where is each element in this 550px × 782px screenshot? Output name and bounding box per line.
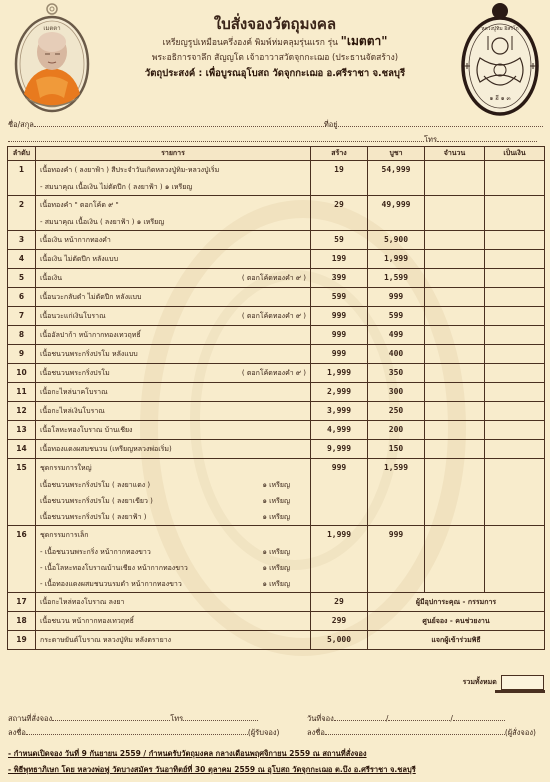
- svg-text:หลวงปู่ทิม อิสริโก: หลวงปู่ทิม อิสริโก: [481, 25, 518, 32]
- monk-portrait-medal-icon: เมตตา: [10, 2, 94, 114]
- row-number: 8: [8, 326, 36, 345]
- distribution-note: ผู้มีอุปการะคุณ - กรรมการ: [368, 593, 545, 612]
- item-name: เนื้อกะไหล่นาคโบราณ: [40, 383, 108, 401]
- grand-total: รวมทั้งหมด: [448, 675, 544, 689]
- made-count: 999: [311, 307, 368, 326]
- name-field[interactable]: ชื่อ/สกุลที่อยู่: [8, 118, 543, 131]
- quantity-input[interactable]: [425, 402, 485, 421]
- item-name: เนื้อชนวนพระกริ่งปรโม หลังแบบ: [40, 345, 138, 363]
- quantity-input[interactable]: [425, 383, 485, 402]
- total-underline: [495, 690, 545, 693]
- table-row: 3เนื้อเงิน หน้ากากทองคำ595,900: [8, 231, 545, 250]
- amount-input[interactable]: [485, 345, 545, 364]
- amount-input[interactable]: [485, 526, 545, 593]
- item-description: เนื้อเงิน( ตอกโค้ดทองคำ ๙ ): [36, 269, 311, 288]
- price: 499: [368, 326, 425, 345]
- item-name: ชุดกรรมการเล็ก: [40, 526, 89, 544]
- price: 1,599: [368, 269, 425, 288]
- svg-text:๑ ฮี ๑ ๓: ๑ ฮี ๑ ๓: [489, 94, 510, 102]
- table-row: 2เนื้อทองคำ " ตอกโค้ด ๙ "- สมนาคุณ เนื้อ…: [8, 196, 545, 231]
- order-date-field[interactable]: วันที่จอง//: [307, 712, 505, 725]
- quantity-input[interactable]: [425, 459, 485, 526]
- table-header-row: ลำดับรายการสร้างบูชาจำนวนเป็นเงิน: [8, 147, 545, 161]
- column-header: ลำดับ: [8, 147, 36, 161]
- quantity-input[interactable]: [425, 421, 485, 440]
- item-description: เนื้อโลหะทองโบราณ บ้านเชียง: [36, 421, 311, 440]
- item-name: เนื้อนวะแก่เงินโบราณ: [40, 307, 106, 325]
- amount-input[interactable]: [485, 421, 545, 440]
- total-label: รวมทั้งหมด: [448, 677, 501, 688]
- row-number: 9: [8, 345, 36, 364]
- monk-line: พระอธิการจาลึก สัญญโต เจ้าอาวาสวัดจุกกะเ…: [100, 51, 450, 66]
- row-number: 16: [8, 526, 36, 593]
- item-subline: เนื้อชนวนพระกริ่งปรโม ( ลงยาฟ้า )๑ เหรีย…: [40, 509, 290, 525]
- receiver-signature-field[interactable]: ลงชื่อ(ผู้รับจอง): [8, 726, 279, 739]
- row-number: 3: [8, 231, 36, 250]
- total-input[interactable]: [501, 675, 544, 690]
- row-number: 7: [8, 307, 36, 326]
- distribution-note: ศูนย์จอง - คนช่วยงาน: [368, 612, 545, 631]
- amount-input[interactable]: [485, 364, 545, 383]
- made-count: 1,999: [311, 526, 368, 593]
- quantity-input[interactable]: [425, 307, 485, 326]
- quantity-input[interactable]: [425, 161, 485, 196]
- table-row: 16ชุดกรรมการเล็ก- เนื้อชนวนพระกริ่ง หน้า…: [8, 526, 545, 593]
- row-number: 1: [8, 161, 36, 196]
- made-count: 599: [311, 288, 368, 307]
- subline-qty: ๑ เหรียญ: [262, 544, 290, 560]
- column-header: บูชา: [368, 147, 425, 161]
- item-subline: เนื้อชนวนพระกริ่งปรโม ( ลงยาเขียว )๑ เหร…: [40, 493, 290, 509]
- made-count: 199: [311, 250, 368, 269]
- subline-qty: ๑ เหรียญ: [262, 576, 290, 592]
- item-description: เนื้อทองคำ ( ลงยาฟ้า ) สีประจำวันเกิดหลว…: [36, 161, 311, 196]
- row-number: 2: [8, 196, 36, 231]
- table-row: 19กระดาษยันต์โบราณ หลวงปู่ทิม หลังตรายาง…: [8, 631, 545, 650]
- item-name: เนื้อกะไหล่ทองโบราณ ลงยา: [40, 593, 124, 611]
- purpose-line: วัตถุประสงค์ : เพื่อบูรณอุโบสถ วัดจุกกะเ…: [100, 66, 450, 82]
- row-number: 19: [8, 631, 36, 650]
- table-row: 15ชุดกรรมการใหญ่เนื้อชนวนพระกริ่งปรโม ( …: [8, 459, 545, 526]
- subline-text: - เนื้อโลหะทองโบราณบ้านเชียง หน้ากากทองข…: [40, 560, 188, 576]
- item-description: เนื้ออัลปาก้า หน้ากากทองเทวฤทธิ์: [36, 326, 311, 345]
- quantity-input[interactable]: [425, 269, 485, 288]
- price: 200: [368, 421, 425, 440]
- item-description: เนื้อทองคำ " ตอกโค้ด ๙ "- สมนาคุณ เนื้อเ…: [36, 196, 311, 231]
- item-description: เนื้อชนวนพระกริ่งปรโม( ตอกโค้ดทองคำ ๙ ): [36, 364, 311, 383]
- item-name: เนื้อทองคำ " ตอกโค้ด ๙ ": [40, 196, 119, 214]
- price: 999: [368, 526, 425, 593]
- table-row: 7เนื้อนวะแก่เงินโบราณ( ตอกโค้ดทองคำ ๙ )9…: [8, 307, 545, 326]
- form-header: ใบสั่งจองวัตถุมงคล เหรียญรูปเหมือนครึ่งอ…: [100, 14, 450, 82]
- row-number: 17: [8, 593, 36, 612]
- column-header: รายการ: [36, 147, 311, 161]
- price: 150: [368, 440, 425, 459]
- quantity-input[interactable]: [425, 364, 485, 383]
- table-row: 12เนื้อกะไหล่เงินโบราณ3,999250: [8, 402, 545, 421]
- svg-text:เมตตา: เมตตา: [43, 25, 60, 32]
- order-form-page: เมตตา หลวงปู่ทิม อิสริโก ๑ ฮี ๑ ๓ ใบสั่ง…: [0, 0, 550, 782]
- item-code-note: ( ตอกโค้ดทองคำ ๙ ): [242, 269, 306, 287]
- quantity-input[interactable]: [425, 326, 485, 345]
- item-description: เนื้อชนวนพระกริ่งปรโม หลังแบบ: [36, 345, 311, 364]
- made-count: 2,999: [311, 383, 368, 402]
- orderer-signature-field[interactable]: ลงชื่อ(ผู้สั่งจอง): [307, 726, 536, 739]
- item-subline: - สมนาคุณ เนื้อเงิน ไม่ตัดปีก ( ลงยาฟ้า …: [40, 179, 306, 195]
- price: 350: [368, 364, 425, 383]
- amount-input[interactable]: [485, 307, 545, 326]
- made-count: 4,999: [311, 421, 368, 440]
- row-number: 4: [8, 250, 36, 269]
- item-name: เนื้อทองคำ ( ลงยาฟ้า ) สีประจำวันเกิดหลว…: [40, 161, 219, 179]
- subline-qty: ๑ เหรียญ: [262, 509, 290, 525]
- form-subtitle: เหรียญรูปเหมือนครึ่งองค์ พิมพ์ห่มคลุมรุ่…: [100, 34, 450, 51]
- quantity-input[interactable]: [425, 231, 485, 250]
- item-name: เนื้อเงิน หน้ากากทองคำ: [40, 231, 111, 249]
- price: 1,999: [368, 250, 425, 269]
- amount-input[interactable]: [485, 196, 545, 231]
- made-count: 299: [311, 612, 368, 631]
- distribution-note: แจกผู้เข้าร่วมพิธี: [368, 631, 545, 650]
- item-name: เนื้ออัลปาก้า หน้ากากทองเทวฤทธิ์: [40, 326, 141, 344]
- form-title: ใบสั่งจองวัตถุมงคล: [100, 14, 450, 34]
- table-row: 4เนื้อเงิน ไม่ตัดปีก หลังแบบ1991,999: [8, 250, 545, 269]
- item-subline: - สมนาคุณ เนื้อเงิน ( ลงยาฟ้า ) ๑ เหรียญ: [40, 214, 306, 230]
- item-description: กระดาษยันต์โบราณ หลวงปู่ทิม หลังตรายาง: [36, 631, 311, 650]
- column-header: จำนวน: [425, 147, 485, 161]
- made-count: 29: [311, 196, 368, 231]
- amount-input[interactable]: [485, 440, 545, 459]
- table-row: 11เนื้อกะไหล่นาคโบราณ2,999300: [8, 383, 545, 402]
- made-count: 3,999: [311, 402, 368, 421]
- amount-input[interactable]: [485, 459, 545, 526]
- item-subline: - เนื้อโลหะทองโบราณบ้านเชียง หน้ากากทองข…: [40, 560, 290, 576]
- item-description: เนื้อนวะกลับดำ ไม่ตัดปีก หลังแบบ: [36, 288, 311, 307]
- row-number: 15: [8, 459, 36, 526]
- subline-qty: ๑ เหรียญ: [262, 477, 290, 493]
- table-row: 5เนื้อเงิน( ตอกโค้ดทองคำ ๙ )3991,599: [8, 269, 545, 288]
- quantity-input[interactable]: [425, 440, 485, 459]
- made-count: 999: [311, 345, 368, 364]
- item-name: เนื้อโลหะทองโบราณ บ้านเชียง: [40, 421, 132, 439]
- item-name: เนื้อกะไหล่เงินโบราณ: [40, 402, 105, 420]
- item-name: เนื้อทองแดงผสมชนวน (เหรียญหลวงพ่อเริ่ม): [40, 440, 172, 458]
- made-count: 9,999: [311, 440, 368, 459]
- item-name: เนื้อนวะกลับดำ ไม่ตัดปีก หลังแบบ: [40, 288, 141, 306]
- amount-input[interactable]: [485, 288, 545, 307]
- made-count: 1,999: [311, 364, 368, 383]
- amount-input[interactable]: [485, 326, 545, 345]
- item-name: ชุดกรรมการใหญ่: [40, 459, 92, 477]
- item-name: เนื้อเงิน: [40, 269, 62, 287]
- item-subline: - เนื้อทองแดงผสมชนวนรมดำ หน้ากากทองขาว๑ …: [40, 576, 290, 592]
- table-row: 9เนื้อชนวนพระกริ่งปรโม หลังแบบ999400: [8, 345, 545, 364]
- row-number: 5: [8, 269, 36, 288]
- subline-text: เนื้อชนวนพระกริ่งปรโม ( ลงยาเขียว ): [40, 493, 153, 509]
- made-count: 999: [311, 326, 368, 345]
- made-count: 29: [311, 593, 368, 612]
- column-header: เป็นเงิน: [485, 147, 545, 161]
- item-description: ชุดกรรมการเล็ก- เนื้อชนวนพระกริ่ง หน้ากา…: [36, 526, 311, 593]
- item-description: เนื้อนวะแก่เงินโบราณ( ตอกโค้ดทองคำ ๙ ): [36, 307, 311, 326]
- yantra-medal-icon: หลวงปู่ทิม อิสริโก ๑ ฮี ๑ ๓: [458, 2, 542, 118]
- row-number: 18: [8, 612, 36, 631]
- item-subline: - เนื้อชนวนพระกริ่ง หน้ากากทองขาว๑ เหรีย…: [40, 544, 290, 560]
- row-number: 10: [8, 364, 36, 383]
- row-number: 13: [8, 421, 36, 440]
- amount-input[interactable]: [485, 231, 545, 250]
- made-count: 399: [311, 269, 368, 288]
- price: 400: [368, 345, 425, 364]
- table-row: 1เนื้อทองคำ ( ลงยาฟ้า ) สีประจำวันเกิดหล…: [8, 161, 545, 196]
- table-row: 14เนื้อทองแดงผสมชนวน (เหรียญหลวงพ่อเริ่ม…: [8, 440, 545, 459]
- subline-text: - สมนาคุณ เนื้อเงิน ( ลงยาฟ้า ) ๑ เหรียญ: [40, 214, 164, 230]
- made-count: 5,000: [311, 631, 368, 650]
- quantity-input[interactable]: [425, 250, 485, 269]
- table-row: 18เนื้อชนวน หน้ากากทองเทวฤทธิ์299ศูนย์จอ…: [8, 612, 545, 631]
- quantity-input[interactable]: [425, 288, 485, 307]
- note-ceremony: - พิธีพุทธาภิเษก โดย หลวงพ่อฟู วัดบางสมั…: [8, 764, 416, 776]
- edition-name: "เมตตา": [341, 34, 388, 48]
- item-description: เนื้อกะไหล่นาคโบราณ: [36, 383, 311, 402]
- price: 1,599: [368, 459, 425, 526]
- made-count: 999: [311, 459, 368, 526]
- price: 999: [368, 288, 425, 307]
- subline-text: เนื้อชนวนพระกริ่งปรโม ( ลงยาแดง ): [40, 477, 150, 493]
- price: 54,999: [368, 161, 425, 196]
- amount-input[interactable]: [485, 250, 545, 269]
- price: 599: [368, 307, 425, 326]
- item-name: เนื้อเงิน ไม่ตัดปีก หลังแบบ: [40, 250, 118, 268]
- item-description: เนื้อทองแดงผสมชนวน (เหรียญหลวงพ่อเริ่ม): [36, 440, 311, 459]
- made-count: 19: [311, 161, 368, 196]
- items-table: ลำดับรายการสร้างบูชาจำนวนเป็นเงิน 1เนื้อ…: [7, 146, 545, 650]
- quantity-input[interactable]: [425, 345, 485, 364]
- table-row: 10เนื้อชนวนพระกริ่งปรโม( ตอกโค้ดทองคำ ๙ …: [8, 364, 545, 383]
- price: 5,900: [368, 231, 425, 250]
- item-code-note: ( ตอกโค้ดทองคำ ๙ ): [242, 307, 306, 325]
- subline-text: - สมนาคุณ เนื้อเงิน ไม่ตัดปีก ( ลงยาฟ้า …: [40, 179, 192, 195]
- column-header: สร้าง: [311, 147, 368, 161]
- amount-input[interactable]: [485, 383, 545, 402]
- row-number: 11: [8, 383, 36, 402]
- row-number: 6: [8, 288, 36, 307]
- item-name: เนื้อชนวนพระกริ่งปรโม: [40, 364, 110, 382]
- item-description: เนื้อเงิน ไม่ตัดปีก หลังแบบ: [36, 250, 311, 269]
- subline-qty: ๑ เหรียญ: [262, 560, 290, 576]
- order-place-field[interactable]: สถานที่สั่งจองโทร: [8, 712, 258, 725]
- amount-input[interactable]: [485, 269, 545, 288]
- subline-text: เนื้อชนวนพระกริ่งปรโม ( ลงยาฟ้า ): [40, 509, 147, 525]
- item-subline: เนื้อชนวนพระกริ่งปรโม ( ลงยาแดง )๑ เหรีย…: [40, 477, 290, 493]
- item-description: ชุดกรรมการใหญ่เนื้อชนวนพระกริ่งปรโม ( ลง…: [36, 459, 311, 526]
- price: 49,999: [368, 196, 425, 231]
- table-row: 6เนื้อนวะกลับดำ ไม่ตัดปีก หลังแบบ599999: [8, 288, 545, 307]
- subline-text: - เนื้อชนวนพระกริ่ง หน้ากากทองขาว: [40, 544, 151, 560]
- subline-text: - เนื้อทองแดงผสมชนวนรมดำ หน้ากากทองขาว: [40, 576, 182, 592]
- table-row: 17เนื้อกะไหล่ทองโบราณ ลงยา29ผู้มีอุปการะ…: [8, 593, 545, 612]
- made-count: 59: [311, 231, 368, 250]
- table-row: 8เนื้ออัลปาก้า หน้ากากทองเทวฤทธิ์999499: [8, 326, 545, 345]
- item-description: เนื้อกะไหล่ทองโบราณ ลงยา: [36, 593, 311, 612]
- price: 250: [368, 402, 425, 421]
- item-description: เนื้อกะไหล่เงินโบราณ: [36, 402, 311, 421]
- row-number: 12: [8, 402, 36, 421]
- price: 300: [368, 383, 425, 402]
- amount-input[interactable]: [485, 402, 545, 421]
- table-row: 13เนื้อโลหะทองโบราณ บ้านเชียง4,999200: [8, 421, 545, 440]
- address-phone-field[interactable]: โทร: [8, 133, 537, 146]
- row-number: 14: [8, 440, 36, 459]
- item-name: เนื้อชนวน หน้ากากทองเทวฤทธิ์: [40, 612, 134, 630]
- item-description: เนื้อเงิน หน้ากากทองคำ: [36, 231, 311, 250]
- item-name: กระดาษยันต์โบราณ หลวงปู่ทิม หลังตรายาง: [40, 631, 171, 649]
- subline-qty: ๑ เหรียญ: [262, 493, 290, 509]
- item-description: เนื้อชนวน หน้ากากทองเทวฤทธิ์: [36, 612, 311, 631]
- note-schedule: - กำหนดเปิดจอง วันที่ 9 กันยายน 2559 / ก…: [8, 748, 367, 760]
- quantity-input[interactable]: [425, 196, 485, 231]
- amount-input[interactable]: [485, 161, 545, 196]
- quantity-input[interactable]: [425, 526, 485, 593]
- item-code-note: ( ตอกโค้ดทองคำ ๙ ): [242, 364, 306, 382]
